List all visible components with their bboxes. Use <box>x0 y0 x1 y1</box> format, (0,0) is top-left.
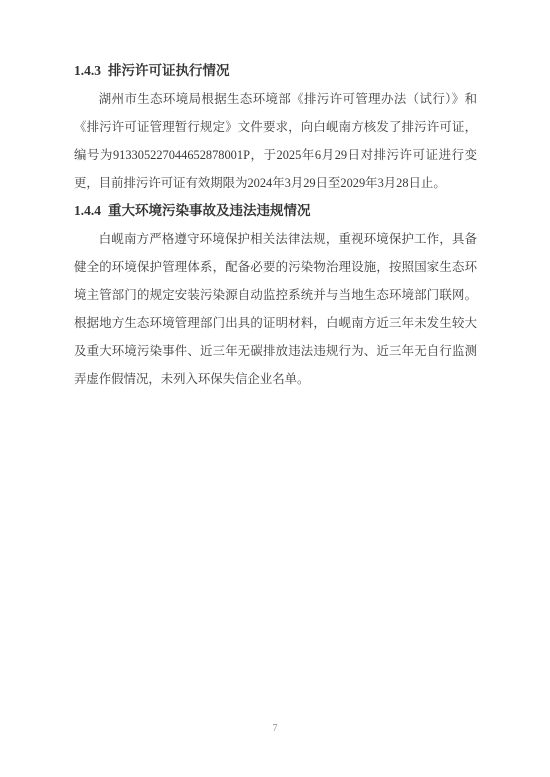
document-page: 1.4.3排污许可证执行情况 湖州市生态环境局根据生态环境部《排污许可管理办法（… <box>0 0 550 777</box>
section-heading-pollution-incidents: 1.4.4重大环境污染事故及违法违规情况 <box>74 197 477 225</box>
paragraph-permit-execution: 湖州市生态环境局根据生态环境部《排污许可管理办法（试行）》和《排污许可证管理暂行… <box>74 85 477 197</box>
section-heading-permit-execution: 1.4.3排污许可证执行情况 <box>74 57 477 85</box>
document-content: 1.4.3排污许可证执行情况 湖州市生态环境局根据生态环境部《排污许可管理办法（… <box>74 57 477 393</box>
section-title: 排污许可证执行情况 <box>108 63 230 78</box>
section-number: 1.4.4 <box>74 203 101 218</box>
paragraph-pollution-incidents: 白岘南方严格遵守环境保护相关法律法规，重视环境保护工作，具备健全的环境保护管理体… <box>74 225 477 393</box>
page-footer: 7 <box>0 718 550 736</box>
section-number: 1.4.3 <box>74 63 101 78</box>
page-number: 7 <box>273 723 278 734</box>
section-title: 重大环境污染事故及违法违规情况 <box>108 203 311 218</box>
